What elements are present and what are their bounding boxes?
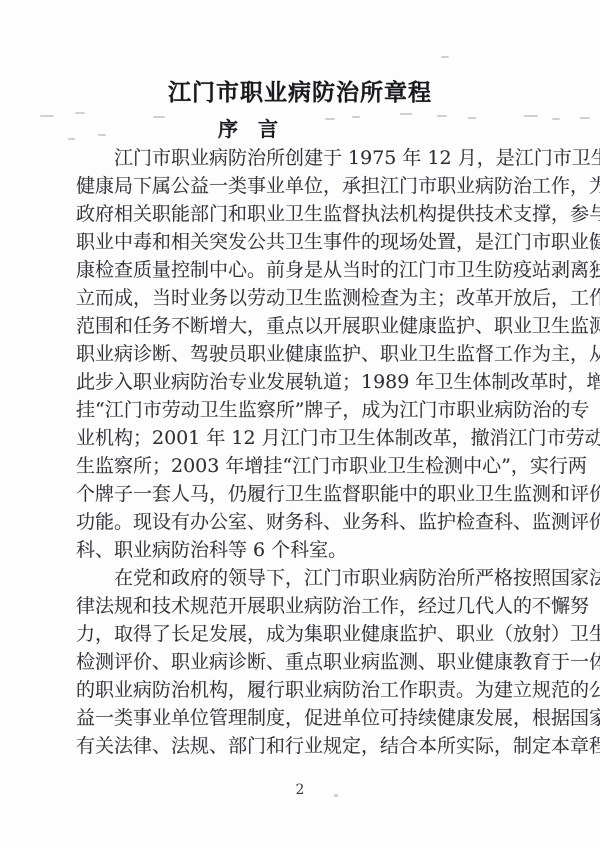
- text-line: 科、职业病防治科等 6 个科室。: [76, 536, 525, 564]
- scanned-document-page: 江门市职业病防治所章程 序 言 江门市职业病防治所创建于 1975 年 12 月…: [0, 0, 600, 848]
- text-line: 立而成，当时业务以劳动卫生监测检查为主；改革开放后，工作: [76, 284, 525, 312]
- text-line: 此步入职业病防治专业发展轨道；1989 年卫生体制改革时，增: [76, 368, 525, 396]
- scan-artifact: [75, 112, 85, 114]
- text-line: 个牌子一套人马，仍履行卫生监督职能中的职业卫生监测和评价: [76, 480, 525, 508]
- scan-artifact: [68, 138, 75, 140]
- scan-artifact: [325, 118, 335, 120]
- scan-artifact: [400, 113, 412, 115]
- scan-artifact: [580, 117, 590, 119]
- text-line: 律法规和技术规范开展职业病防治工作，经过几代人的不懈努: [76, 592, 525, 620]
- text-line: 在党和政府的领导下，江门市职业病防治所严格按照国家法: [76, 564, 525, 592]
- scan-artifact: [98, 134, 106, 136]
- text-line: 检测评价、职业病诊断、重点职业病监测、职业健康教育于一体: [76, 648, 525, 676]
- section-heading-preface: 序 言: [0, 113, 548, 142]
- text-line: 职业病诊断、驾驶员职业健康监护、职业卫生监督工作为主，从: [76, 340, 525, 368]
- scan-artifact: [352, 116, 360, 118]
- page-number: 2: [0, 782, 600, 798]
- scan-artifact: [40, 115, 54, 117]
- text-line: 健康局下属公益一类事业单位，承担江门市职业病防治工作，为: [76, 172, 525, 200]
- scan-artifact: [468, 117, 476, 119]
- text-line: 范围和任务不断增大，重点以开展职业健康监护、职业卫生监测、: [76, 312, 525, 340]
- scan-artifact: [334, 794, 338, 797]
- text-line: 康检查质量控制中心。前身是从当时的江门市卫生防疫站剥离独: [76, 256, 525, 284]
- text-line: 益一类事业单位管理制度，促进单位可持续健康发展，根据国家: [76, 704, 525, 732]
- text-line: 政府相关职能部门和职业卫生监督执法机构提供技术支撑，参与: [76, 200, 525, 228]
- text-line: 功能。现设有办公室、财务科、业务科、监护检查科、监测评价: [76, 508, 525, 536]
- text-line: 挂“江门市劳动卫生监察所”牌子，成为江门市职业病防治的专: [76, 396, 525, 424]
- text-line: 有关法律、法规、部门和行业规定，结合本所实际，制定本章程。: [76, 732, 525, 760]
- text-line: 生监察所；2003 年增挂“江门市职业卫生检测中心”，实行两: [76, 452, 525, 480]
- document-title: 江门市职业病防治所章程: [0, 74, 600, 107]
- text-line: 力，取得了长足发展，成为集职业健康监护、职业（放射）卫生: [76, 620, 525, 648]
- scan-artifact: [437, 115, 447, 117]
- scan-artifact: [524, 115, 538, 117]
- scan-artifact: [552, 118, 560, 120]
- scan-artifact: [441, 56, 449, 58]
- text-line: 的职业病防治机构，履行职业病防治工作职责。为建立规范的公: [76, 676, 525, 704]
- text-line: 江门市职业病防治所创建于 1975 年 12 月，是江门市卫生: [76, 144, 525, 172]
- document-body: 江门市职业病防治所创建于 1975 年 12 月，是江门市卫生 健康局下属公益一…: [76, 144, 525, 760]
- text-line: 业机构；2001 年 12 月江门市卫生体制改革，撤消江门市劳动卫: [76, 424, 525, 452]
- text-line: 职业中毒和相关突发公共卫生事件的现场处置，是江门市职业健: [76, 228, 525, 256]
- scan-artifact: [153, 116, 165, 118]
